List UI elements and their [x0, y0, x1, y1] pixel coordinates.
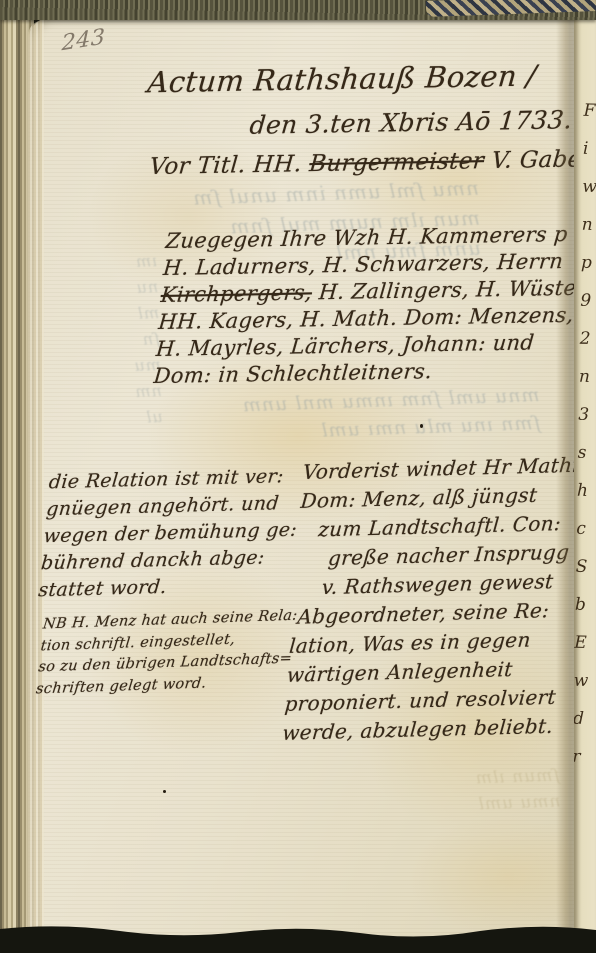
next-page-text-fragments: F i w n p 9 2 n 3 s h c S b E w d r — [574, 92, 596, 776]
heading-line-1: Actum Rathshauß Bozen / — [146, 59, 538, 100]
heading-line-2-date: den 3.ten Xbris Aō 1733. — [248, 105, 573, 140]
margin-nb-note: NB H. Menz hat auch seine Rela: tion sch… — [35, 606, 299, 701]
ink-speck — [163, 790, 166, 793]
paper-stain — [408, 816, 596, 936]
next-page-sliver: F i w n p 9 2 n 3 s h c S b E w d r — [574, 14, 596, 942]
heading-struck-word: Burgermeister — [308, 148, 485, 177]
attendance-list: Zuegegen Ihre Wzh H. Kammerers p titl. H… — [153, 220, 596, 390]
heading-prefix: Vor Titl. HH. — [148, 151, 310, 180]
attendance-line-rest: H. Zallingers, H. Wüsteiner — [311, 275, 596, 304]
bottom-page-edge — [0, 919, 596, 953]
manuscript-scan: { "document": { "type": "handwritten cou… — [0, 0, 596, 953]
margin-resolution-note: die Relation ist mit ver: gnüegen angehö… — [37, 463, 303, 605]
attendance-struck-name: Kirchpergers, — [160, 280, 313, 307]
main-entry-text: Vorderist windet Hr Mathias Dom: Menz, a… — [281, 450, 596, 748]
ink-speck — [420, 424, 423, 428]
